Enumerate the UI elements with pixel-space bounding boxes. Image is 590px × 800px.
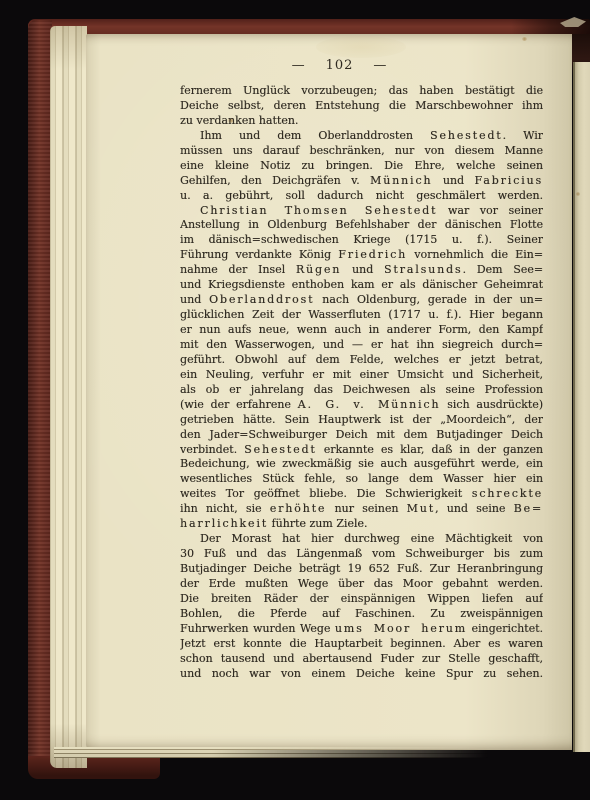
page-edge-stack-left	[50, 26, 87, 768]
text-line: Butjadinger Deiche beträgt 19 652 Fuß. Z…	[180, 562, 543, 577]
text-segment: ihn nicht, sie	[180, 502, 270, 515]
text-segment: . Wir	[503, 129, 543, 142]
text-segment: . Dem See=	[462, 263, 543, 276]
text-segment: und	[432, 174, 474, 187]
text-segment: Deiche selbst, deren Entstehung die Mars…	[180, 99, 543, 112]
text-segment: erhöhte	[270, 502, 327, 515]
text-segment: ein Neuling, verfuhr er mit einer Umsich…	[180, 368, 543, 381]
text-line: Gehilfen, den Deichgräfen v. Münnich und…	[180, 174, 543, 189]
text-segment: Anstellung in Oldenburg Befehlshaber der…	[180, 218, 543, 231]
text-segment: Bedeichung, wie zweckmäßig sie auch ausg…	[180, 457, 543, 470]
text-line: Ihm und dem Oberlanddrosten Sehestedt. W…	[180, 129, 543, 144]
page-edge-stack-bottom	[54, 747, 506, 768]
text-segment: Fuhrwerken wurden Wege	[180, 622, 335, 635]
text-segment: zu verdanken hatten.	[180, 114, 298, 127]
text-line: ihn nicht, sie erhöhte nur seinen Mut, u…	[180, 502, 543, 517]
text-segment: er nun aufs neue, wenn auch in anderer F…	[180, 323, 543, 336]
text-segment: und	[180, 293, 209, 306]
text-line: 30 Fuß und das Längenmaß vom Schweiburge…	[180, 547, 543, 562]
text-segment: glücklichen Zeit der Wasserfluten (1717 …	[180, 308, 543, 321]
text-segment: u. a. gebührt, soll dadurch nicht geschm…	[180, 189, 543, 202]
text-segment: müssen uns darauf beschränken, nur von d…	[180, 144, 543, 157]
text-segment: nach Oldenburg, gerade in der un=	[314, 293, 543, 306]
text-segment: eingerichtet.	[467, 622, 543, 635]
text-segment: weites Tor geöffnet bliebe. Die Schwieri…	[180, 487, 472, 500]
text-segment: Stralsunds	[384, 263, 463, 276]
text-segment: im dänisch=schwedischen Kriege (1715 u. …	[180, 233, 543, 248]
text-line: geführt. Obwohl auf dem Felde, welches e…	[180, 353, 543, 368]
text-segment: harrlichkeit	[180, 517, 268, 530]
text-segment: Sehestedt	[430, 129, 503, 142]
text-segment: Butjadinger Deiche beträgt 19 652 Fuß. Z…	[180, 562, 543, 575]
text-segment: sich ausdrückte)	[440, 398, 543, 411]
text-line: Christian Thomsen Sehestedt war vor sein…	[180, 204, 543, 219]
text-segment: verbindet.	[180, 443, 244, 456]
text-segment: Christian Thomsen Sehestedt	[200, 204, 437, 217]
text-line: Bedeichung, wie zweckmäßig sie auch ausg…	[180, 457, 543, 472]
text-line: Anstellung in Oldenburg Befehlshaber der…	[180, 218, 543, 233]
text-segment: mit den Wasserwogen, und — er hat ihn si…	[180, 338, 543, 351]
text-line: der Erde mußten Wege über das Moor gebah…	[180, 577, 543, 592]
text-line: fernerem Unglück vorzubeugen; das haben …	[180, 84, 543, 99]
text-segment: Münnich	[370, 174, 432, 187]
text-line: glücklichen Zeit der Wasserfluten (1717 …	[180, 308, 543, 323]
foxing-spot	[522, 37, 527, 41]
text-line: verbindet. Sehestedt erkannte es klar, d…	[180, 443, 543, 458]
text-line: zu verdanken hatten.	[180, 114, 543, 129]
text-line: Der Morast hat hier durchweg eine Mächti…	[180, 532, 543, 547]
text-segment: eine kleine Notiz zu bringen. Die Ehre, …	[180, 159, 543, 172]
text-segment: Fabricius	[475, 174, 544, 187]
text-block: fernerem Unglück vorzubeugen; das haben …	[180, 84, 543, 682]
text-segment: getrieben hätte. Sein Hauptwerk ist der …	[180, 413, 543, 426]
facing-page-sliver	[573, 62, 590, 752]
text-line: ein Neuling, verfuhr er mit einer Umsich…	[180, 368, 543, 383]
text-segment: schon tausend und abertausend Fuder zur …	[180, 652, 543, 665]
text-segment: und Kriegsdienste enthoben kam er als dä…	[180, 278, 543, 291]
text-segment: , und seine	[435, 502, 514, 515]
text-segment: Mut	[407, 502, 435, 515]
page-number: — 102 —	[158, 58, 521, 73]
stain-mark	[316, 36, 406, 58]
text-segment: Ihm und dem Oberlanddrosten	[200, 129, 430, 142]
text-segment: vornehmlich die Ein=	[407, 248, 543, 261]
text-line: mit den Wasserwogen, und — er hat ihn si…	[180, 338, 543, 353]
text-line: Jetzt erst konnte die Hauptarbeit beginn…	[180, 637, 543, 652]
text-segment: Friedrich	[338, 248, 407, 261]
text-line: als ob er jahrelang das Deichwesen als s…	[180, 383, 543, 398]
text-line: im dänisch=schwedischen Kriege (1715 u. …	[180, 233, 543, 248]
book-page: — 102 — fernerem Unglück vorzubeugen; da…	[86, 34, 572, 750]
text-segment: war vor seiner	[437, 204, 543, 217]
text-line: getrieben hätte. Sein Hauptwerk ist der …	[180, 413, 543, 428]
text-segment: und noch war von einem Deiche keine Spur…	[180, 667, 543, 680]
text-line: harrlichkeit führte zum Ziele.	[180, 517, 543, 532]
text-line: Führung verdankte König Friedrich vorneh…	[180, 248, 543, 263]
folio-dash-right: —	[373, 58, 387, 73]
text-segment: und	[341, 263, 384, 276]
text-segment: nahme der Insel	[180, 263, 296, 276]
text-line: (wie der erfahrene A. G. v. Münnich sich…	[180, 398, 543, 413]
text-line: nahme der Insel Rügen und Stralsunds. De…	[180, 263, 543, 278]
text-segment: ums Moor herum	[335, 622, 467, 635]
text-segment: 30 Fuß und das Längenmaß vom Schweiburge…	[180, 547, 543, 560]
text-segment: nur seinen	[326, 502, 406, 515]
folio-number: 102	[326, 58, 354, 73]
text-line: eine kleine Notiz zu bringen. Die Ehre, …	[180, 159, 543, 174]
text-line: weites Tor geöffnet bliebe. Die Schwieri…	[180, 487, 543, 502]
text-line: Deiche selbst, deren Entstehung die Mars…	[180, 99, 543, 114]
text-segment: Bohlen, die Pferde auf Faschinen. Zu zwe…	[180, 607, 543, 620]
text-line: den Jader=Schweiburger Deich mit dem But…	[180, 428, 543, 443]
text-segment: wesentliches Stück fehle, so lange dem W…	[180, 472, 543, 485]
text-segment: A. G. v. Münnich	[298, 398, 441, 411]
text-segment: Be=	[514, 502, 543, 515]
text-line: schon tausend und abertausend Fuder zur …	[180, 652, 543, 667]
text-line: und Kriegsdienste enthoben kam er als dä…	[180, 278, 543, 293]
book-photo: — 102 — fernerem Unglück vorzubeugen; da…	[0, 0, 590, 800]
text-segment: den Jader=Schweiburger Deich mit dem But…	[180, 428, 543, 441]
book-spine	[28, 20, 52, 776]
text-segment: als ob er jahrelang das Deichwesen als s…	[180, 383, 543, 396]
text-segment: führte zum Ziele.	[268, 517, 367, 530]
text-segment: (wie der erfahrene	[180, 398, 298, 411]
text-line: und noch war von einem Deiche keine Spur…	[180, 667, 543, 682]
text-segment: Oberlanddrost	[209, 293, 314, 306]
text-segment: Jetzt erst konnte die Hauptarbeit beginn…	[180, 637, 543, 650]
text-segment: Rügen	[296, 263, 341, 276]
text-line: müssen uns darauf beschränken, nur von d…	[180, 144, 543, 159]
text-segment: Die breiten Räder der einspännigen Wippe…	[180, 592, 543, 605]
text-line: und Oberlanddrost nach Oldenburg, gerade…	[180, 293, 543, 308]
text-line: Bohlen, die Pferde auf Faschinen. Zu zwe…	[180, 607, 543, 622]
text-segment: Führung verdankte König	[180, 248, 338, 261]
text-line: u. a. gebührt, soll dadurch nicht geschm…	[180, 189, 543, 204]
folio-dash-left: —	[292, 58, 306, 73]
text-segment: Gehilfen, den Deichgräfen v.	[180, 174, 370, 187]
text-line: er nun aufs neue, wenn auch in anderer F…	[180, 323, 543, 338]
text-segment: geführt. Obwohl auf dem Felde, welches e…	[180, 353, 543, 366]
text-segment: der Erde mußten Wege über das Moor gebah…	[180, 577, 543, 590]
text-line: wesentliches Stück fehle, so lange dem W…	[180, 472, 543, 487]
text-line: Fuhrwerken wurden Wege ums Moor herum ei…	[180, 622, 543, 637]
text-segment: Der Morast hat hier durchweg eine Mächti…	[200, 532, 543, 545]
text-segment: erkannte es klar, daß in der ganzen	[317, 443, 543, 456]
text-line: Die breiten Räder der einspännigen Wippe…	[180, 592, 543, 607]
text-segment: schreckte	[472, 487, 543, 500]
text-segment: Sehestedt	[244, 443, 317, 456]
text-segment: fernerem Unglück vorzubeugen; das haben …	[180, 84, 543, 97]
foxing-spot	[576, 192, 580, 196]
